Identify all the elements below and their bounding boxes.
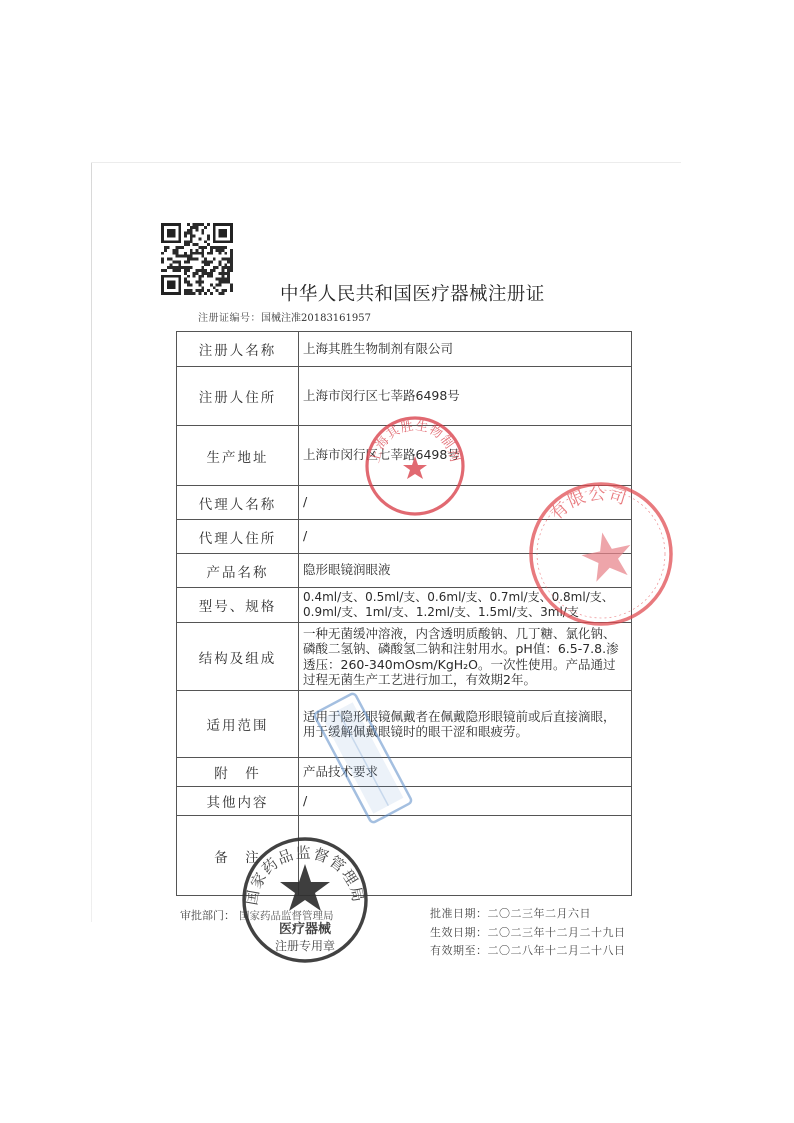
row-label: 注册人名称 (177, 332, 299, 367)
approval-date-label: 批准日期： (430, 907, 488, 920)
row-value: / (299, 520, 632, 554)
registration-number-value: 国械注准20183161957 (261, 313, 371, 324)
table-row: 代理人住所 / (177, 520, 632, 554)
registration-number-label: 注册证编号： (198, 313, 261, 324)
row-label: 型号、规格 (177, 588, 299, 623)
row-label: 其他内容 (177, 787, 299, 816)
table-row: 生产地址 上海市闵行区七莘路6498号 (177, 426, 632, 486)
document-title: 中华人民共和国医疗器械注册证 (280, 280, 580, 306)
table-row: 备 注 (177, 816, 632, 896)
row-value: 适用于隐形眼镜佩戴者在佩戴隐形眼镜前或后直接滴眼，用于缓解佩戴眼镜时的眼干涩和眼… (299, 691, 632, 758)
scan-page-edge-top (91, 162, 681, 163)
row-label: 附 件 (177, 758, 299, 787)
expiry-date-value: 二〇二八年十二月二十八日 (488, 944, 626, 957)
row-label: 产品名称 (177, 554, 299, 588)
official-seal-center-line2: 注册专用章 (275, 938, 335, 953)
qr-code-icon (161, 223, 233, 295)
table-row: 其他内容 / (177, 787, 632, 816)
table-row: 注册人名称 上海其胜生物制剂有限公司 (177, 332, 632, 367)
row-value: 0.4ml/支、0.5ml/支、0.6ml/支、0.7ml/支、0.8ml/支、… (299, 588, 632, 623)
row-label: 结构及组成 (177, 623, 299, 691)
row-label: 备 注 (177, 816, 299, 896)
table-row: 注册人住所 上海市闵行区七莘路6498号 (177, 367, 632, 426)
row-value: 上海市闵行区七莘路6498号 (299, 426, 632, 486)
row-value: / (299, 486, 632, 520)
row-value (299, 816, 632, 896)
effective-date: 生效日期：二〇二三年十二月二十九日 (430, 924, 626, 943)
row-value: 上海其胜生物制剂有限公司 (299, 332, 632, 367)
certificate-table: 注册人名称 上海其胜生物制剂有限公司 注册人住所 上海市闵行区七莘路6498号 … (176, 331, 632, 896)
row-label: 注册人住所 (177, 367, 299, 426)
row-label: 生产地址 (177, 426, 299, 486)
row-value: 隐形眼镜润眼液 (299, 554, 632, 588)
row-value: 产品技术要求 (299, 758, 632, 787)
expiry-date: 有效期至：二〇二八年十二月二十八日 (430, 942, 626, 961)
table-row: 产品名称 隐形眼镜润眼液 (177, 554, 632, 588)
row-value: 上海市闵行区七莘路6498号 (299, 367, 632, 426)
table-row: 型号、规格 0.4ml/支、0.5ml/支、0.6ml/支、0.7ml/支、0.… (177, 588, 632, 623)
row-label: 代理人名称 (177, 486, 299, 520)
table-row: 代理人名称 / (177, 486, 632, 520)
approval-date: 批准日期：二〇二三年二月六日 (430, 905, 626, 924)
approval-date-value: 二〇二三年二月六日 (488, 907, 592, 920)
table-row: 适用范围 适用于隐形眼镜佩戴者在佩戴隐形眼镜前或后直接滴眼，用于缓解佩戴眼镜时的… (177, 691, 632, 758)
official-seal-center-line1: 医疗器械 (279, 921, 332, 937)
row-label: 代理人住所 (177, 520, 299, 554)
table-row: 附 件 产品技术要求 (177, 758, 632, 787)
table-row: 结构及组成 一种无菌缓冲溶液，内含透明质酸钠、几丁糖、氯化钠、磷酸二氢钠、磷酸氢… (177, 623, 632, 691)
row-value: 一种无菌缓冲溶液，内含透明质酸钠、几丁糖、氯化钠、磷酸二氢钠、磷酸氢二钠和注射用… (299, 623, 632, 691)
expiry-date-label: 有效期至： (430, 944, 488, 957)
scan-page-edge-left (91, 162, 92, 922)
effective-date-value: 二〇二三年十二月二十九日 (488, 926, 626, 939)
row-value: / (299, 787, 632, 816)
approval-department-value: 国家药品监督管理局 (239, 910, 334, 922)
approval-department: 审批部门：国家药品监督管理局 (180, 907, 334, 923)
row-label: 适用范围 (177, 691, 299, 758)
dates-block: 批准日期：二〇二三年二月六日 生效日期：二〇二三年十二月二十九日 有效期至：二〇… (430, 905, 626, 961)
registration-number: 注册证编号：国械注准20183161957 (198, 309, 371, 324)
effective-date-label: 生效日期： (430, 926, 488, 939)
approval-department-label: 审批部门： (180, 909, 235, 922)
